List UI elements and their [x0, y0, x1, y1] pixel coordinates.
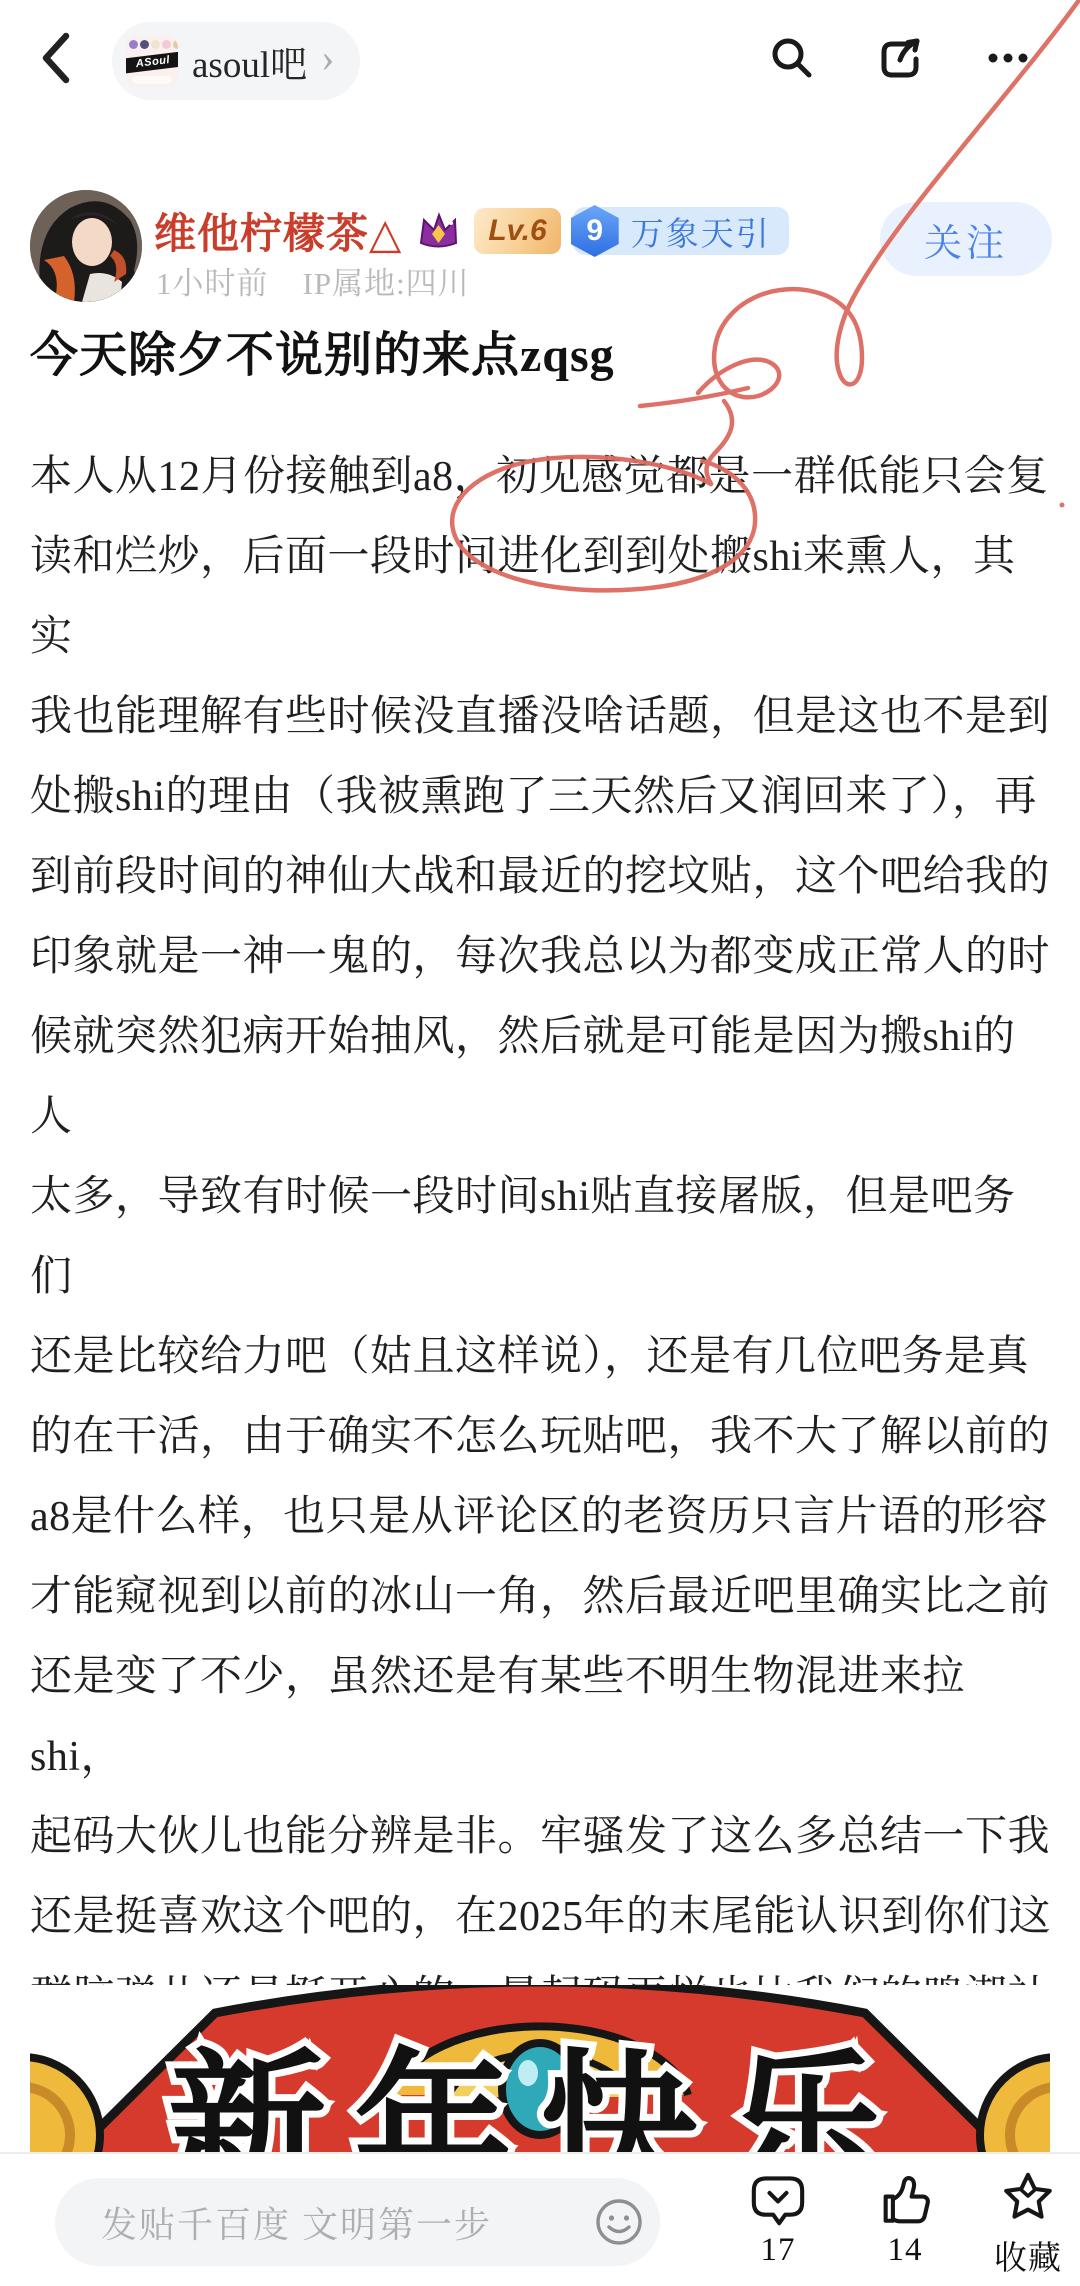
reply-input[interactable]: 发贴千百度 文明第一步	[55, 2178, 660, 2266]
emoji-button[interactable]	[592, 2195, 646, 2249]
bottom-bar: 发贴千百度 文明第一步 17 14	[0, 2152, 1080, 2286]
author-name[interactable]: 维他柠檬茶△	[154, 201, 402, 261]
back-button[interactable]	[30, 28, 86, 88]
new-year-picture: 新年快乐	[30, 1985, 1050, 2152]
badge-name: 万象天引	[631, 208, 771, 255]
level-badge: Lv.6	[474, 208, 560, 254]
comment-button[interactable]: 17	[718, 2166, 838, 2269]
forum-pill[interactable]: ASoul asoul吧 ›	[112, 22, 360, 100]
author-avatar[interactable]	[30, 190, 142, 302]
share-icon	[876, 34, 924, 82]
search-button[interactable]	[768, 34, 816, 82]
favorite-button[interactable]: 收藏	[968, 2166, 1080, 2279]
more-button[interactable]	[984, 34, 1032, 82]
chevron-right-icon: ›	[321, 38, 334, 78]
star-icon	[999, 2170, 1057, 2228]
forum-logo-icon: ASoul	[126, 35, 178, 87]
comment-count: 17	[718, 2232, 838, 2269]
like-count: 14	[845, 2232, 965, 2269]
like-button[interactable]: 14	[845, 2166, 965, 2269]
favorite-label: 收藏	[968, 2232, 1080, 2279]
forum-logo-text: ASoul	[126, 51, 178, 73]
share-button[interactable]	[876, 34, 924, 82]
follow-button[interactable]: 关注	[880, 202, 1052, 276]
more-dots-icon	[984, 34, 1032, 82]
post-title: 今天除夕不说别的来点zqsg	[30, 316, 1050, 385]
avatar-image	[30, 190, 142, 302]
thumbs-up-icon	[876, 2170, 934, 2228]
post-time: 1小时前	[156, 258, 269, 303]
image-caption-text: 新年快乐	[168, 2041, 912, 2152]
reply-placeholder: 发贴千百度 文明第一步	[101, 2197, 592, 2248]
post-image[interactable]: 新年快乐	[30, 1985, 1050, 2152]
badge-gem-icon: 9	[571, 205, 619, 257]
title-badge: 9 万象天引	[573, 207, 789, 255]
back-chevron-icon	[34, 28, 82, 88]
search-icon	[768, 34, 816, 82]
top-bar: ASoul asoul吧 ›	[0, 0, 1080, 115]
crown-badge-icon	[414, 207, 462, 255]
ip-location: IP属地:四川	[303, 258, 470, 303]
forum-name: asoul吧	[192, 34, 307, 88]
comment-bubble-icon	[749, 2170, 807, 2228]
tieba-post-page: ASoul asoul吧 ›	[0, 0, 1080, 2286]
